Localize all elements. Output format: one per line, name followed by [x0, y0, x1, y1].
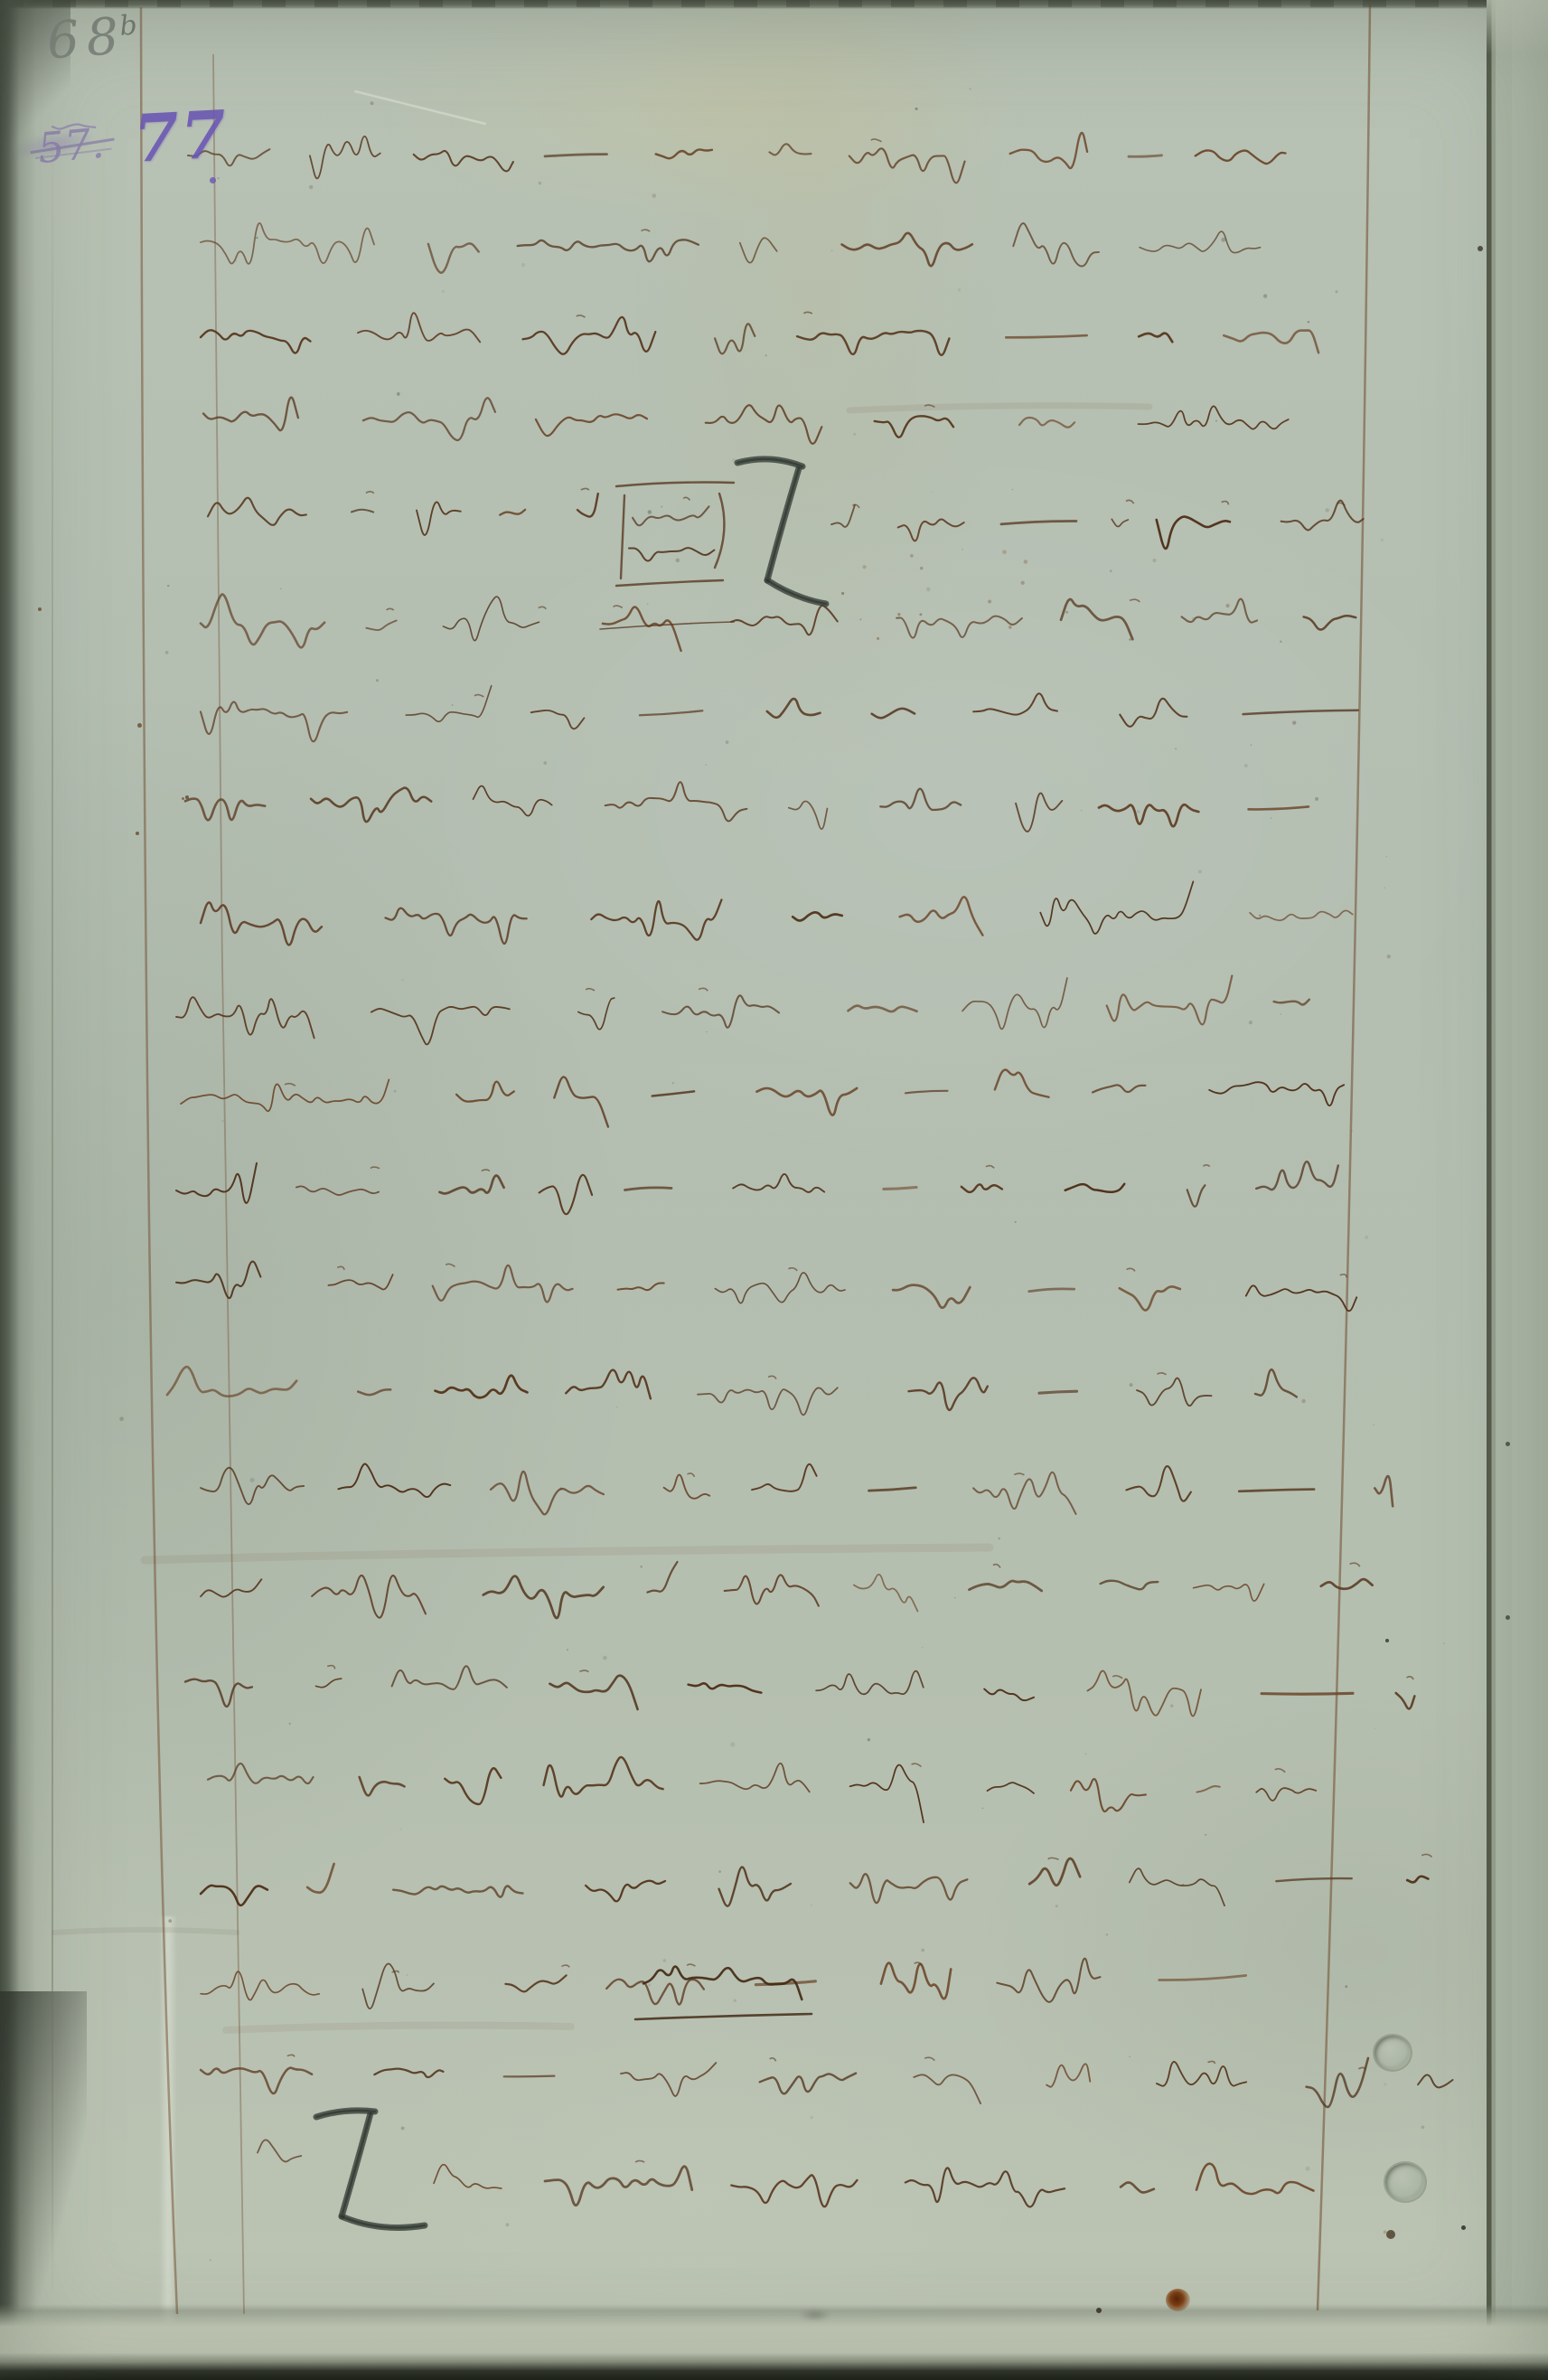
paper-speck [1385, 1639, 1389, 1642]
paper-speck [1096, 2308, 1102, 2313]
paper-speck [137, 723, 142, 728]
margin-rule-right [1318, 4, 1370, 2310]
handwriting-line-9 [185, 778, 1309, 834]
folio-number-purple: 77 [132, 95, 230, 176]
purple-ink-dot [210, 177, 216, 183]
insertion-bracket-top [737, 459, 826, 604]
paper-speck [182, 797, 184, 800]
gray-smudge [799, 2309, 831, 2321]
paper-speck [1506, 1615, 1510, 1620]
paper-speck [1461, 2225, 1466, 2230]
handwriting-line-13 [176, 1159, 1338, 1215]
handwriting-line-22 [201, 2045, 1453, 2109]
handwriting-line-2 [201, 221, 1261, 275]
handwriting-line-18 [185, 1663, 1415, 1718]
manuscript-scan: 68b 57. 77 [0, 0, 1548, 2380]
paper-speck [1386, 2230, 1395, 2239]
old-folio-number-crossed-out: 57. [36, 118, 107, 173]
binding-hole-2 [1385, 2163, 1425, 2201]
margin-rule-left-inner [213, 54, 244, 2314]
binding-hole-1 [1374, 2036, 1411, 2070]
handwriting-layer [0, 0, 1548, 2380]
paper-speck [136, 832, 139, 835]
handwriting-line-8 [201, 684, 1358, 741]
interline-insertion-underlined [635, 1967, 812, 2019]
handwriting-line-1 [188, 133, 1286, 183]
rust-stain [1166, 2289, 1190, 2311]
insertion-bracket-bottom [316, 2111, 425, 2228]
handwriting-line-11 [176, 975, 1309, 1047]
paper-speck [1506, 1442, 1510, 1446]
paper-speck [185, 795, 189, 799]
handwriting-line-7 [201, 585, 1356, 655]
handwriting-line-12 [181, 1066, 1345, 1132]
handwriting-line-21 [201, 1953, 1246, 2011]
handwriting-line-3 [201, 311, 1318, 355]
folio-number-pencil: 68b [45, 6, 140, 71]
handwriting-line-15 [167, 1367, 1297, 1415]
folio-number-pencil-digits: 68 [45, 6, 128, 71]
handwriting-line-14 [176, 1260, 1357, 1312]
crossed-number-text: 57. [36, 118, 107, 173]
lead-word-bottom [258, 2140, 301, 2161]
handwriting-line-17 [201, 1555, 1373, 1621]
folio-number-pencil-superscript: b [118, 10, 138, 42]
handwriting-line-19 [208, 1753, 1317, 1827]
paper-speck [1478, 246, 1483, 251]
margin-rule-left-outer [141, 7, 177, 2314]
handwriting-line-20 [201, 1854, 1432, 1915]
ink-smear [145, 1547, 990, 1560]
handwriting-line-5 [208, 488, 598, 535]
handwriting-line-16 [201, 1463, 1393, 1516]
ink-smear [54, 1930, 237, 1933]
handwriting-line-10 [201, 880, 1353, 945]
ink-smear [849, 406, 1149, 410]
handwriting-line-23 [434, 2159, 1314, 2210]
paper-speck [38, 607, 42, 611]
ink-smear [226, 2026, 571, 2030]
handwriting-line-6 [831, 498, 1364, 551]
